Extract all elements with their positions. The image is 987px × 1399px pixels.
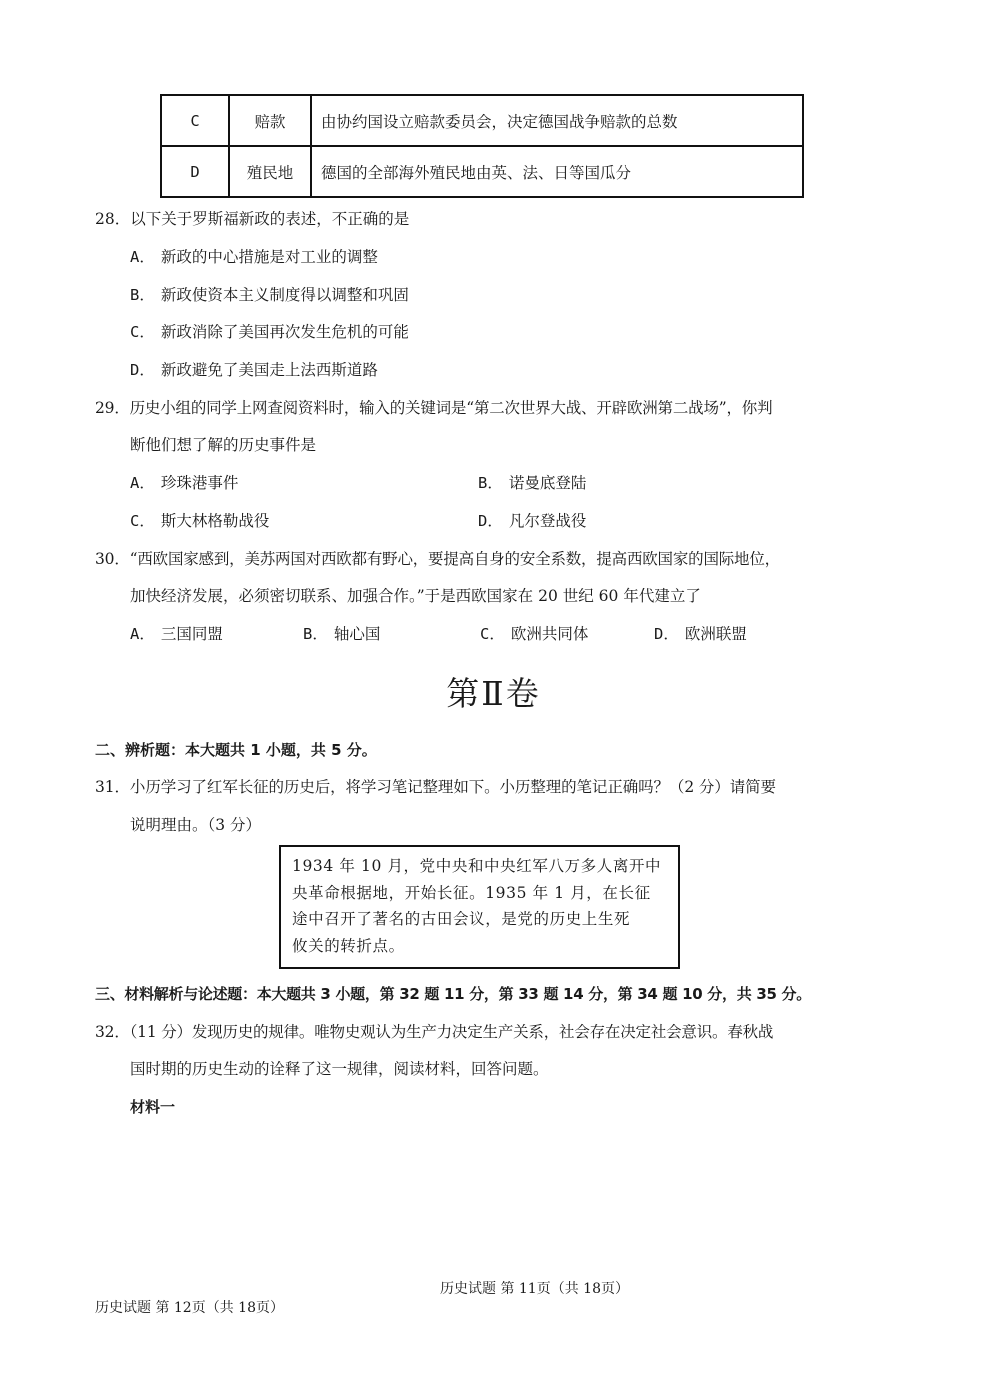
question-28-stem: 28．以下关于罗斯福新政的表述，不正确的是 xyxy=(95,207,409,229)
option-text: 新政消除了美国再次发生危机的可能 xyxy=(161,323,409,341)
option-letter: A． xyxy=(130,248,155,266)
row-description: 由协约国设立赔款委员会，决定德国战争赔款的总数 xyxy=(311,95,803,146)
option-text: 三国同盟 xyxy=(161,625,223,643)
option-text: 欧洲联盟 xyxy=(685,625,747,643)
row-letter: D xyxy=(161,146,229,197)
option-letter: C． xyxy=(130,512,155,530)
question-32-stem-line2: 国时期的历史生动的诠释了这一规律，阅读材料，回答问题。 xyxy=(130,1057,549,1079)
note-line: 央革命根据地，开始长征。1935 年 1 月，在长征 xyxy=(292,880,668,907)
question-29-option-b: B．诺曼底登陆 xyxy=(478,471,586,493)
question-29-option-d: D．凡尔登战役 xyxy=(478,509,586,531)
option-text: 新政使资本主义制度得以调整和巩固 xyxy=(161,286,409,304)
question-31-stem-line1: 31．小历学习了红军长征的历史后，将学习笔记整理如下。小历整理的笔记正确吗？（2… xyxy=(95,775,776,797)
question-31-stem-line2: 说明理由。（3 分） xyxy=(130,813,261,835)
table-row: C 赔款 由协约国设立赔款委员会，决定德国战争赔款的总数 xyxy=(161,95,803,146)
question-30-option-b: B．轴心国 xyxy=(303,622,380,644)
option-letter: B． xyxy=(130,286,155,304)
option-letter: C． xyxy=(130,323,155,341)
question-29-stem-line2: 断他们想了解的历史事件是 xyxy=(130,433,316,455)
option-text: 诺曼底登陆 xyxy=(509,474,587,492)
question-29-option-a: A．珍珠港事件 xyxy=(130,471,238,493)
table-row: D 殖民地 德国的全部海外殖民地由英、法、日等国瓜分 xyxy=(161,146,803,197)
option-text: 凡尔登战役 xyxy=(509,512,587,530)
study-notes-box: 1934 年 10 月，党中央和中央红军八万多人离开中 央革命根据地，开始长征。… xyxy=(279,845,680,969)
option-text: 珍珠港事件 xyxy=(161,474,239,492)
question-30-stem-line2: 加快经济发展，必须密切联系、加强合作。”于是西欧国家在 20 世纪 60 年代建… xyxy=(130,584,701,606)
part-2-heading: 二、辨析题：本大题共 1 小题，共 5 分。 xyxy=(95,739,377,760)
question-30-option-d: D．欧洲联盟 xyxy=(654,622,747,644)
question-30-option-c: C．欧洲共同体 xyxy=(480,622,588,644)
note-line: 攸关的转折点。 xyxy=(292,933,668,960)
option-letter: A． xyxy=(130,474,155,492)
row-item: 赔款 xyxy=(229,95,311,146)
question-30-option-a: A．三国同盟 xyxy=(130,622,223,644)
volume-title: 第Ⅱ卷 xyxy=(0,668,987,715)
treaty-terms-table: C 赔款 由协约国设立赔款委员会，决定德国战争赔款的总数 D 殖民地 德国的全部… xyxy=(160,94,804,198)
part-3-heading: 三、材料解析与论述题：本大题共 3 小题，第 32 题 11 分，第 33 题 … xyxy=(95,983,811,1004)
question-32-stem-line1: 32．（11 分）发现历史的规律。唯物史观认为生产力决定生产关系，社会存在决定社… xyxy=(95,1020,773,1042)
option-text: 新政的中心措施是对工业的调整 xyxy=(161,248,378,266)
question-29-stem-line1: 29．历史小组的同学上网查阅资料时，输入的关键词是“第二次世界大战、开辟欧洲第二… xyxy=(95,396,772,418)
option-text: 新政避免了美国走上法西斯道路 xyxy=(161,361,378,379)
option-letter: A． xyxy=(130,625,155,643)
option-letter: D． xyxy=(130,361,155,379)
option-letter: B． xyxy=(303,625,328,643)
note-line: 途中召开了著名的古田会议，是党的历史上生死 xyxy=(292,906,668,933)
option-letter: C． xyxy=(480,625,505,643)
option-letter: D． xyxy=(478,512,503,530)
question-28-option-a: A．新政的中心措施是对工业的调整 xyxy=(130,245,378,267)
question-28-option-b: B．新政使资本主义制度得以调整和巩固 xyxy=(130,283,409,305)
option-text: 欧洲共同体 xyxy=(511,625,589,643)
option-text: 斯大林格勒战役 xyxy=(161,512,270,530)
question-29-option-c: C．斯大林格勒战役 xyxy=(130,509,269,531)
note-line: 1934 年 10 月，党中央和中央红军八万多人离开中 xyxy=(292,853,668,880)
page-footer-right: 历史试题 第 11页（共 18页） xyxy=(440,1278,629,1298)
option-letter: B． xyxy=(478,474,503,492)
row-letter: C xyxy=(161,95,229,146)
option-letter: D． xyxy=(654,625,679,643)
page-footer-left: 历史试题 第 12页（共 18页） xyxy=(95,1297,284,1317)
question-28-option-d: D．新政避免了美国走上法西斯道路 xyxy=(130,358,378,380)
material-1-label: 材料一 xyxy=(130,1096,175,1117)
row-description: 德国的全部海外殖民地由英、法、日等国瓜分 xyxy=(311,146,803,197)
question-28-option-c: C．新政消除了美国再次发生危机的可能 xyxy=(130,320,409,342)
row-item: 殖民地 xyxy=(229,146,311,197)
question-30-stem-line1: 30．“西欧国家感到，美苏两国对西欧都有野心，要提高自身的安全系数，提高西欧国家… xyxy=(95,547,780,569)
option-text: 轴心国 xyxy=(334,625,381,643)
